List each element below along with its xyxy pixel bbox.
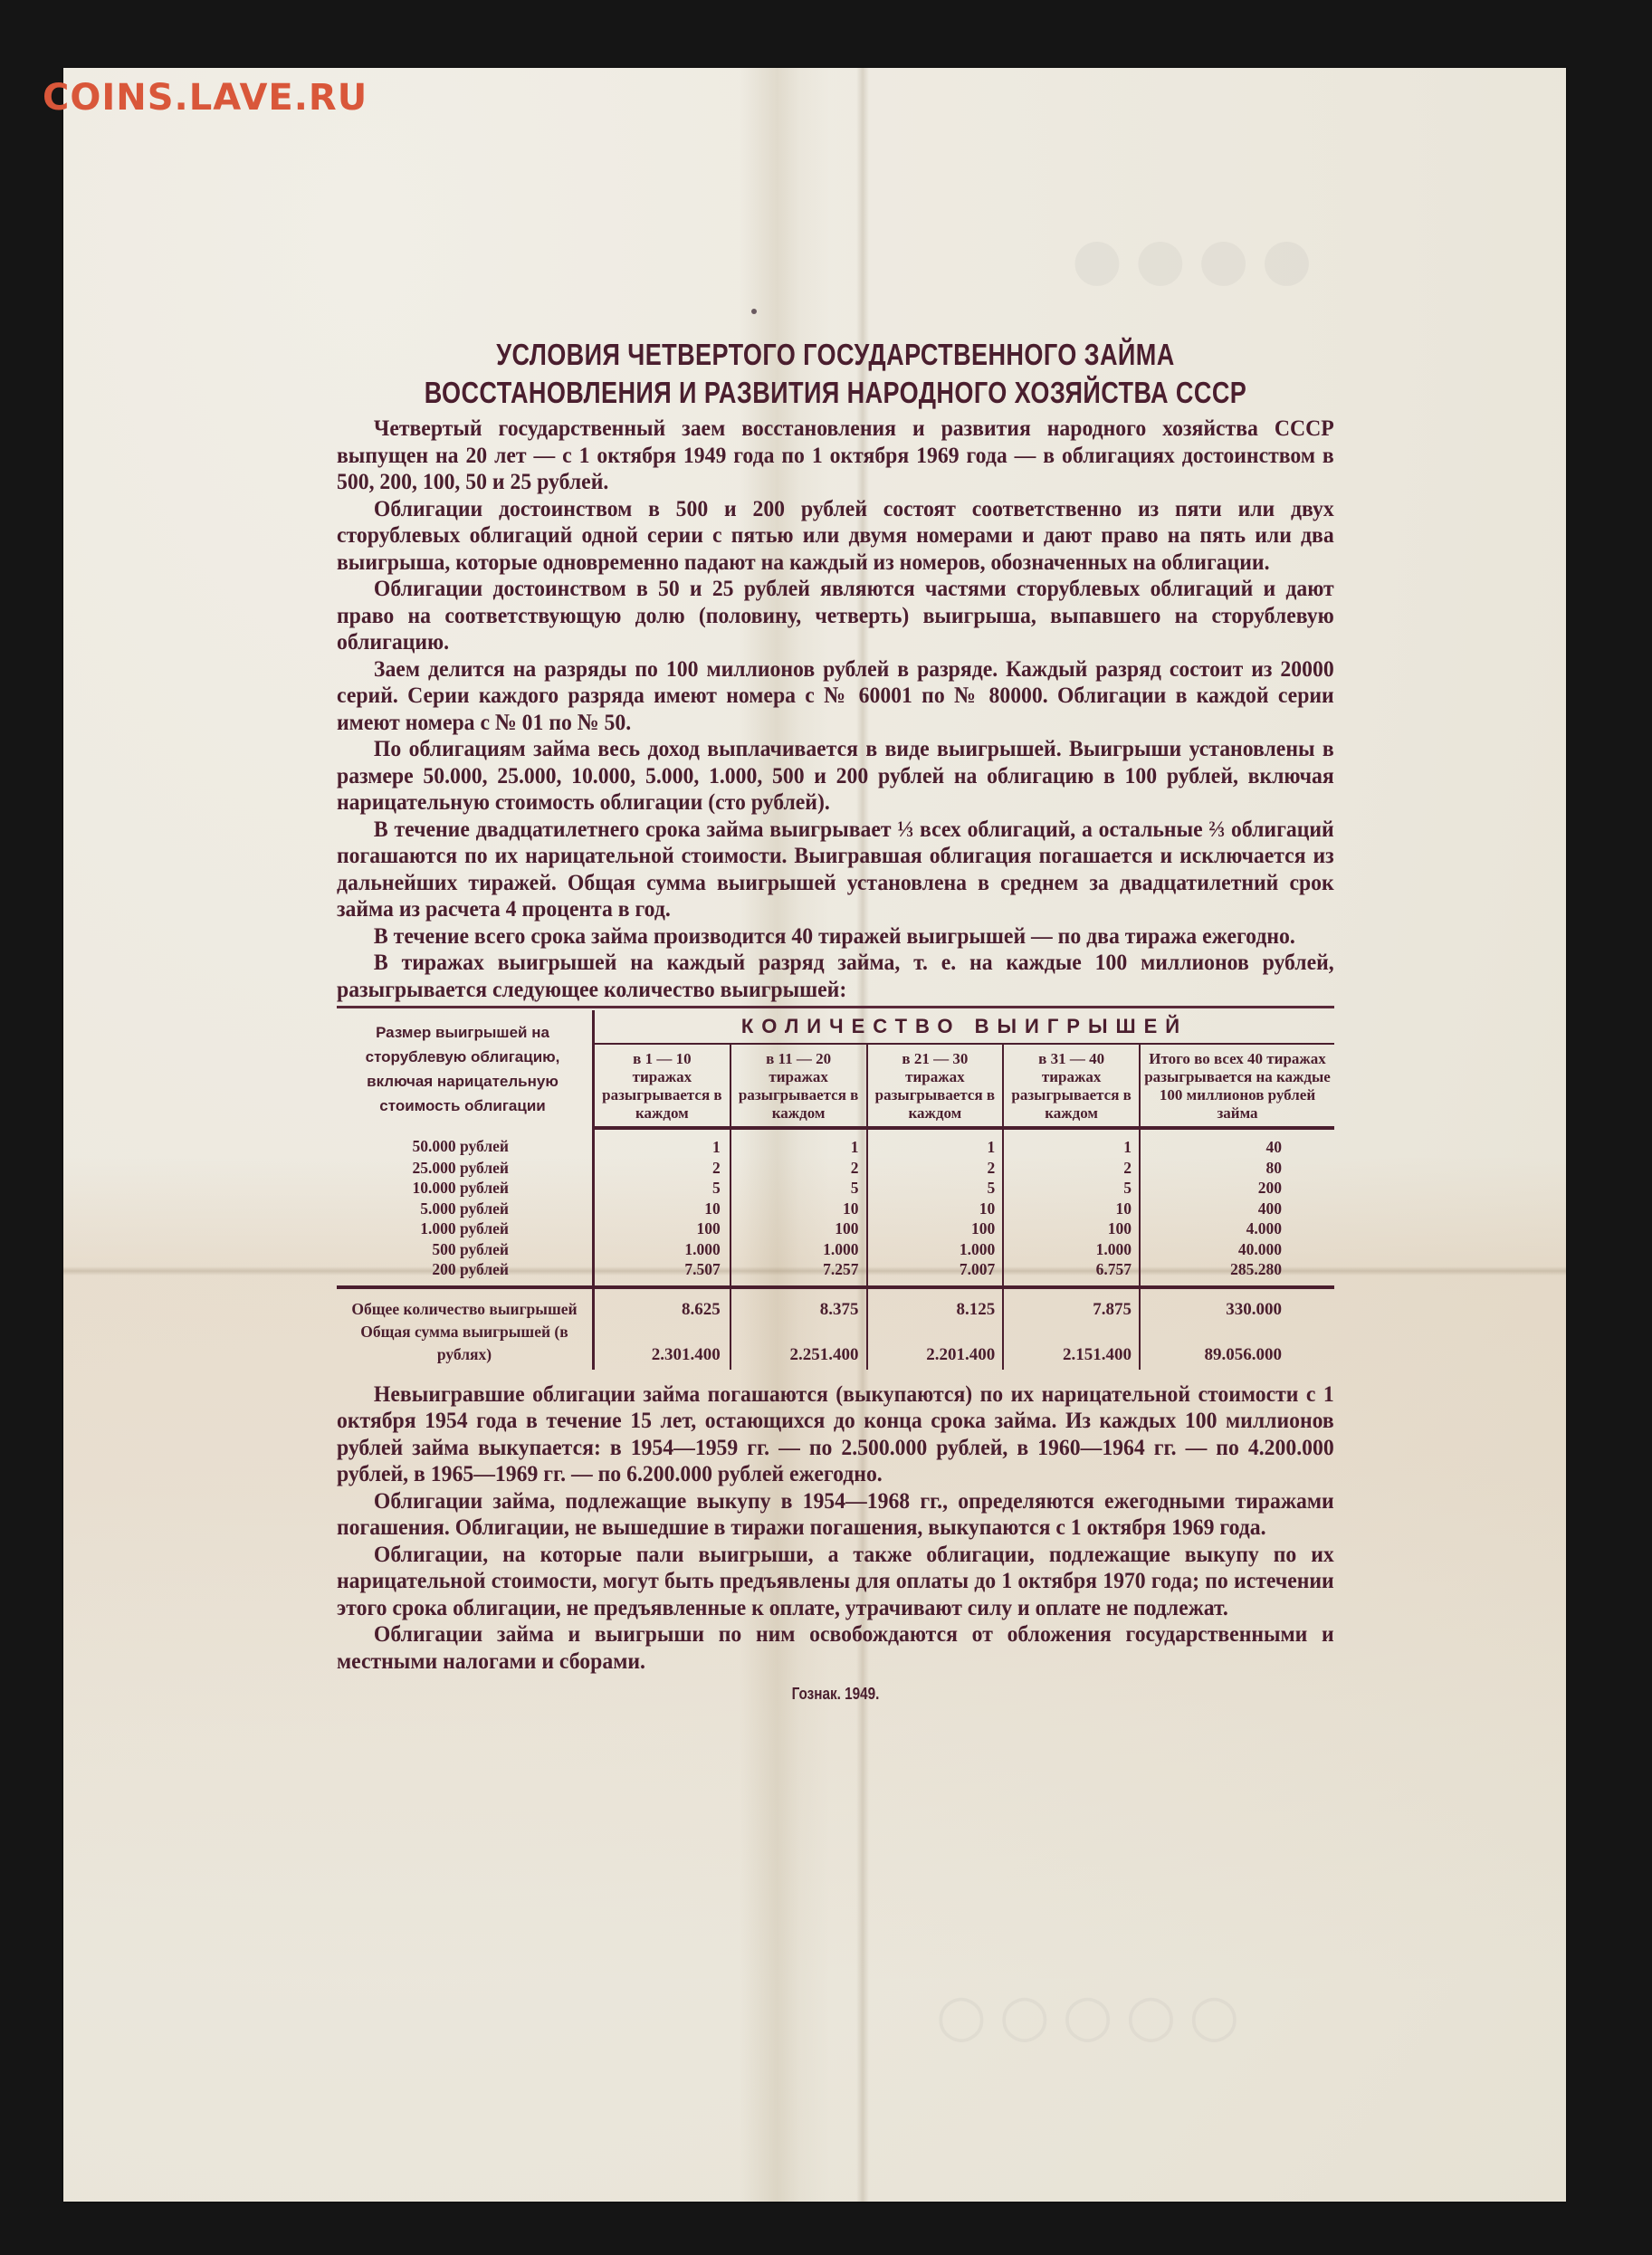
table-row: 10.000 рублей5555200	[337, 1178, 1334, 1199]
table-row: 200 рублей7.5077.2577.0076.757285.280	[337, 1259, 1334, 1287]
paragraph: В тиражах выигрышей на каждый разряд зай…	[337, 949, 1334, 1002]
summary-total-cell: 330.000	[1140, 1287, 1334, 1321]
table-row: 1.000 рублей1001001001004.000	[337, 1218, 1334, 1239]
paragraph: В течение всего срока займа производится…	[337, 922, 1334, 950]
prize-total-cell: 400	[1140, 1199, 1334, 1219]
paragraph: Облигации займа и выигрыши по ним освобо…	[337, 1620, 1334, 1674]
prize-amount: 5.000 рублей	[337, 1199, 594, 1219]
table-row: 50.000 рублей111140	[337, 1128, 1334, 1158]
summary-cell: 2.151.400	[1003, 1321, 1140, 1370]
summary-cell: 8.625	[594, 1287, 731, 1321]
prize-count-cell: 10	[867, 1199, 1004, 1219]
paragraph: Облигации достоинством в 50 и 25 рублей …	[337, 575, 1334, 655]
summary-cell: 7.875	[1003, 1287, 1140, 1321]
prize-count-cell: 5	[594, 1178, 731, 1199]
draw-range-note: тиражах разыгрывается в каждом	[733, 1068, 864, 1123]
conditions-text-before-table: Четвертый государственный заем восстанов…	[337, 415, 1334, 1002]
prize-count-cell: 1	[731, 1128, 867, 1158]
prize-count-cell: 1	[594, 1128, 731, 1158]
prize-count-cell: 1	[867, 1128, 1004, 1158]
prize-count-cell: 6.757	[1003, 1259, 1140, 1287]
table-top-rule	[337, 1006, 1334, 1008]
draw-range-header-4: в 31 — 40тиражах разыгрывается в каждом	[1003, 1044, 1140, 1128]
prize-total-cell: 200	[1140, 1178, 1334, 1199]
paragraph: Четвертый государственный заем восстанов…	[337, 415, 1334, 495]
paragraph: Невыигравшие облигации займа погашаются …	[337, 1381, 1334, 1487]
prize-total-cell: 80	[1140, 1158, 1334, 1179]
table-row: 25.000 рублей222280	[337, 1158, 1334, 1179]
prize-size-header: Размер выигрышей на сторублевую облигаци…	[337, 1010, 594, 1128]
prize-distribution-table: Размер выигрышей на сторублевую облигаци…	[337, 1010, 1334, 1370]
paragraph: Облигации займа, подлежащие выкупу в 195…	[337, 1487, 1334, 1541]
printer-imprint: Гознак. 1949.	[412, 1685, 1260, 1704]
prize-count-cell: 100	[867, 1218, 1004, 1239]
paragraph: В течение двадцатилетнего срока займа вы…	[337, 816, 1334, 922]
prize-count-cell: 2	[1003, 1158, 1140, 1179]
prize-count-cell: 100	[731, 1218, 867, 1239]
prize-count-cell: 100	[594, 1218, 731, 1239]
site-watermark: COINS.LAVE.RU	[43, 76, 368, 119]
conditions-text-after-table: Невыигравшие облигации займа погашаются …	[337, 1381, 1334, 1675]
draw-range: в 1 — 10	[597, 1050, 728, 1068]
prize-total-cell: 40	[1140, 1128, 1334, 1158]
prize-count-cell: 10	[594, 1199, 731, 1219]
prize-amount: 10.000 рублей	[337, 1178, 594, 1199]
summary-label: Общее количество выигрышей	[337, 1287, 594, 1321]
draw-range-header-1: в 1 — 10тиражах разыгрывается в каждом	[594, 1044, 731, 1128]
summary-cell: 2.201.400	[867, 1321, 1004, 1370]
prize-count-cell: 10	[1003, 1199, 1140, 1219]
prize-count-cell: 2	[867, 1158, 1004, 1179]
prize-total-cell: 4.000	[1140, 1218, 1334, 1239]
paragraph: По облигациям займа весь доход выплачива…	[337, 735, 1334, 816]
prize-count-cell: 1	[1003, 1128, 1140, 1158]
summary-row: Общая сумма выигрышей (в рублях)2.301.40…	[337, 1321, 1334, 1370]
paragraph: Облигации достоинством в 500 и 200 рубле…	[337, 495, 1334, 576]
total-header: Итого во всех 40 тиражах разыгрывается н…	[1140, 1044, 1334, 1128]
prize-count-cell: 2	[731, 1158, 867, 1179]
prize-count-cell: 5	[731, 1178, 867, 1199]
prize-amount: 25.000 рублей	[337, 1158, 594, 1179]
draw-range-header-3: в 21 — 30тиражах разыгрывается в каждом	[867, 1044, 1004, 1128]
draw-range-header-2: в 11 — 20тиражах разыгрывается в каждом	[731, 1044, 867, 1128]
summary-cell: 8.375	[731, 1287, 867, 1321]
draw-range: в 21 — 30	[870, 1050, 1001, 1068]
prize-count-cell: 10	[731, 1199, 867, 1219]
prize-amount: 500 рублей	[337, 1239, 594, 1260]
summary-cell: 2.301.400	[594, 1321, 731, 1370]
prize-count-cell: 100	[1003, 1218, 1140, 1239]
bleed-through-print-bottom: ○○○○○	[923, 1983, 1239, 2050]
prize-count-cell: 5	[867, 1178, 1004, 1199]
table-row: 5.000 рублей10101010400	[337, 1199, 1334, 1219]
bleed-through-print-top: ●●●●	[1059, 226, 1312, 293]
prize-count-cell: 7.007	[867, 1259, 1004, 1287]
prize-count-cell: 1.000	[1003, 1239, 1140, 1260]
prize-count-cell: 7.507	[594, 1259, 731, 1287]
prize-amount: 200 рублей	[337, 1259, 594, 1287]
summary-label: Общая сумма выигрышей (в рублях)	[337, 1321, 594, 1370]
paragraph: Облигации, на которые пали выигрыши, а т…	[337, 1541, 1334, 1621]
document-title-line-1: УСЛОВИЯ ЧЕТВЕРТОГО ГОСУДАРСТВЕННОГО ЗАЙМ…	[352, 337, 1319, 373]
prize-total-cell: 285.280	[1140, 1259, 1334, 1287]
prize-total-cell: 40.000	[1140, 1239, 1334, 1260]
summary-cell: 2.251.400	[731, 1321, 867, 1370]
draw-range-note: тиражах разыгрывается в каждом	[597, 1068, 728, 1123]
prize-count-cell: 7.257	[731, 1259, 867, 1287]
prize-amount: 50.000 рублей	[337, 1128, 594, 1158]
prize-count-cell: 5	[1003, 1178, 1140, 1199]
draw-range-note: тиражах разыгрывается в каждом	[1006, 1068, 1137, 1123]
prize-count-group-header: КОЛИЧЕСТВО ВЫИГРЫШЕЙ	[594, 1010, 1335, 1044]
draw-range-note: тиражах разыгрывается в каждом	[870, 1068, 1001, 1123]
draw-range: в 31 — 40	[1006, 1050, 1137, 1068]
document-title-line-2: ВОССТАНОВЛЕНИЯ И РАЗВИТИЯ НАРОДНОГО ХОЗЯ…	[352, 375, 1319, 411]
table-row: 500 рублей1.0001.0001.0001.00040.000	[337, 1239, 1334, 1260]
loan-conditions: УСЛОВИЯ ЧЕТВЕРТОГО ГОСУДАРСТВЕННОГО ЗАЙМ…	[337, 337, 1334, 1704]
paragraph: Заем делится на разряды по 100 миллионов…	[337, 655, 1334, 736]
prize-count-cell: 2	[594, 1158, 731, 1179]
ink-dot	[751, 309, 757, 314]
summary-cell: 8.125	[867, 1287, 1004, 1321]
summary-total-cell: 89.056.000	[1140, 1321, 1334, 1370]
draw-range: в 11 — 20	[733, 1050, 864, 1068]
summary-row: Общее количество выигрышей8.6258.3758.12…	[337, 1287, 1334, 1321]
prize-count-cell: 1.000	[867, 1239, 1004, 1260]
prize-count-cell: 1.000	[731, 1239, 867, 1260]
prize-count-cell: 1.000	[594, 1239, 731, 1260]
prize-amount: 1.000 рублей	[337, 1218, 594, 1239]
